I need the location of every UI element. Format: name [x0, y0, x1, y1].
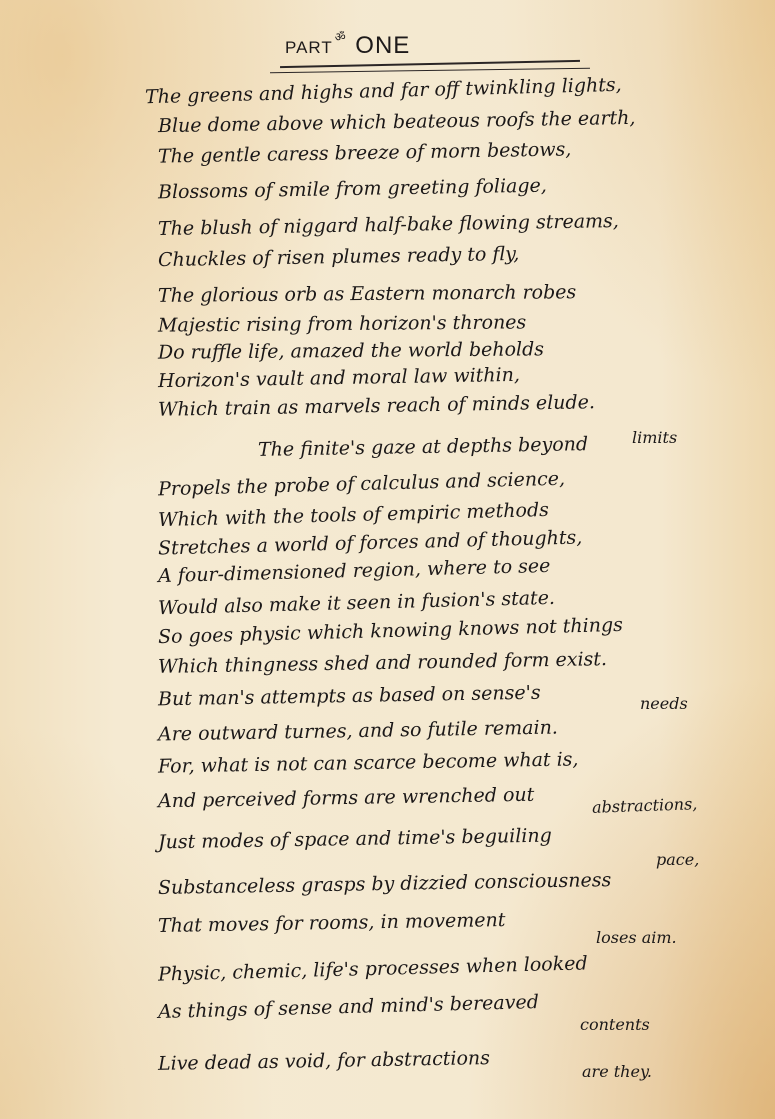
- title-underline: [280, 60, 580, 68]
- poem-line: Substanceless grasps by dizzied consciou…: [158, 869, 612, 899]
- poem-line: Live dead as void, for abstractions: [158, 1047, 490, 1075]
- poem-line: The blush of niggard half-bake flowing s…: [158, 210, 619, 240]
- poem-line: Propels the probe of calculus and scienc…: [158, 468, 565, 501]
- title-part: PART: [285, 38, 333, 57]
- poem-line: Do ruffle life, amazed the world beholds: [158, 338, 544, 363]
- poem-line: A four-dimensioned region, where to see: [158, 555, 551, 587]
- poem-line: Horizon's vault and moral law within,: [158, 364, 520, 392]
- poem-line: Blossoms of smile from greeting foliage,: [158, 175, 547, 204]
- poem-line: The glorious orb as Eastern monarch robe…: [158, 281, 576, 307]
- poem-line: And perceived forms are wrenched out: [158, 784, 535, 813]
- poem-line: Which thingness shed and rounded form ex…: [158, 648, 607, 678]
- poem-line: Stretches a world of forces and of thoug…: [158, 526, 583, 559]
- poem-line: The finite's gaze at depths beyond: [258, 433, 588, 461]
- poem-line: The greens and highs and far off twinkli…: [145, 74, 622, 108]
- insertion-are-they: are they.: [582, 1062, 652, 1081]
- poem-line: As things of sense and mind's bereaved: [158, 991, 539, 1023]
- manuscript-page: PARTॐ ONE The greens and highs and far o…: [0, 0, 775, 1119]
- insertion-limits: limits: [632, 428, 677, 447]
- poem-line: Chuckles of risen plumes ready to fly,: [158, 243, 520, 271]
- insertion-loses-aim: loses aim.: [596, 928, 677, 947]
- poem-line: For, what is not can scarce become what …: [158, 748, 579, 777]
- insertion-abstractions: abstractions,: [592, 794, 698, 817]
- poem-line: So goes physic which knowing knows not t…: [158, 614, 623, 648]
- poem-line: Physic, chemic, life's processes when lo…: [158, 952, 588, 985]
- title-one: ONE: [355, 32, 410, 59]
- insertion-needs: needs: [640, 694, 688, 713]
- poem-line: Majestic rising from horizon's thrones: [158, 311, 526, 336]
- om-symbol-icon: ॐ: [335, 30, 347, 44]
- poem-line: That moves for rooms, in movement: [158, 909, 506, 937]
- insertion-contents: contents: [580, 1015, 650, 1034]
- poem-line: The gentle caress breeze of morn bestows…: [158, 138, 572, 167]
- insertion-pace: pace,: [656, 850, 699, 869]
- poem-line: Which train as marvels reach of minds el…: [158, 391, 595, 421]
- poem-line: Just modes of space and time's beguiling: [158, 825, 552, 854]
- poem-line: Blue dome above which beateous roofs the…: [158, 107, 636, 137]
- poem-line: But man's attempts as based on sense's: [158, 682, 541, 711]
- page-title: PARTॐ ONE: [285, 32, 410, 60]
- poem-line: Are outward turnes, and so futile remain…: [158, 717, 558, 746]
- poem-line: Would also make it seen in fusion's stat…: [158, 587, 555, 619]
- title-underline-second: [270, 68, 590, 73]
- poem-line: Which with the tools of empiric methods: [158, 499, 549, 531]
